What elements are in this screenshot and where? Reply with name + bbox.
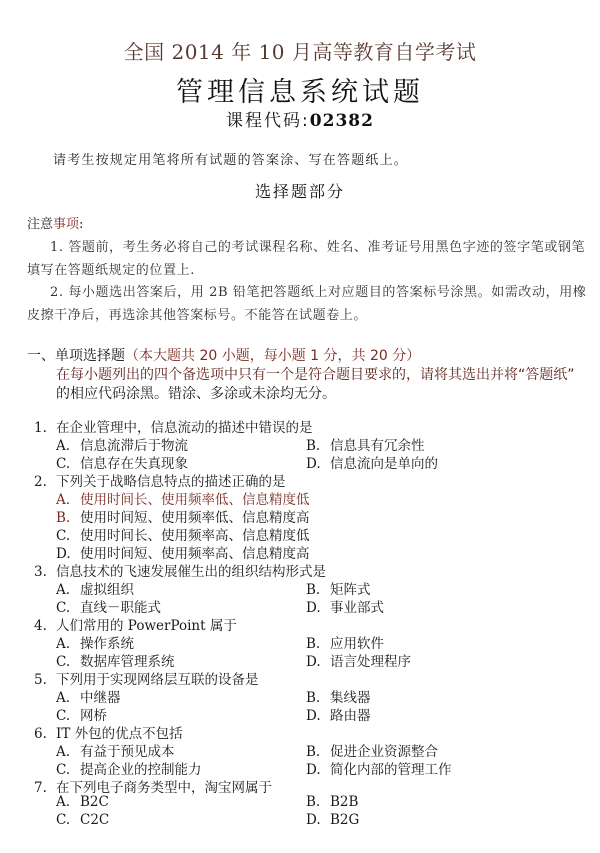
question-number: 2. <box>34 474 56 490</box>
question-1-option-d: D.信息流向是单向的 <box>306 452 438 472</box>
question-5-option-a: A.中继器 <box>56 686 121 706</box>
option-text: B2G <box>330 812 359 828</box>
option-letter: D. <box>306 708 330 724</box>
question-2-option-a: A.使用时间长、使用频率低、信息精度低 <box>56 488 310 508</box>
course-code-value: 02382 <box>310 111 374 131</box>
question-number: 3. <box>34 564 56 580</box>
question-4-option-d: D.语言处理程序 <box>306 650 411 670</box>
question-6-option-d: D.简化内部的管理工作 <box>306 758 452 778</box>
question-2-option-b: B.使用时间短、使用频率低、信息精度高 <box>56 506 310 526</box>
note-1-line-1: 1. 答题前，考生务必将自己的考试课程名称、姓名、准考证号用黑色字迹的签字笔或钢… <box>50 236 585 255</box>
notes-heading-part-a: 注意 <box>27 217 53 232</box>
question-5-option-c: C.网桥 <box>56 704 107 724</box>
question-7-option-d: D.B2G <box>306 812 359 828</box>
question-3-option-a: A.虚拟组织 <box>56 578 134 598</box>
option-text: B2B <box>330 794 358 810</box>
section-title: 选择题部分 <box>0 179 600 202</box>
question-6-option-c: C.提高企业的控制能力 <box>56 758 202 778</box>
notes-heading-part-c: : <box>79 217 83 232</box>
question-7-option-c: C.C2C <box>56 812 109 828</box>
notes-heading: 注意事项: <box>27 213 83 232</box>
question-number: 4. <box>34 618 56 634</box>
option-letter: C. <box>56 812 80 828</box>
course-code: 课程代码:02382 <box>0 106 600 131</box>
option-text: C2C <box>80 812 109 828</box>
course-code-label: 课程代码: <box>226 111 310 131</box>
notes-heading-part-b: 事项 <box>53 217 79 232</box>
question-1-option-a: A.信息流滞后于物流 <box>56 434 188 454</box>
question-2-option-c: C.使用时间长、使用频率高、信息精度低 <box>56 524 310 544</box>
answer-instruction: 请考生按规定用笔将所有试题的答案涂、写在答题纸上。 <box>53 149 408 168</box>
exam-header-title: 全国 2014 年 10 月高等教育自学考试 <box>0 36 600 65</box>
part-one-desc-line-2: 的相应代码涂黑。错涂、多涂或未涂均无分。 <box>56 383 336 403</box>
option-text: B2C <box>80 794 109 810</box>
question-1-stem: 1.在企业管理中，信息流动的描述中错误的是 <box>34 416 313 436</box>
question-3-option-b: B.矩阵式 <box>306 578 371 598</box>
paper-title: 管理信息系统试题 <box>0 70 600 109</box>
question-3-option-d: D.事业部式 <box>306 596 384 616</box>
question-7-stem: 7.在下列电子商务类型中，淘宝网属于 <box>34 776 272 796</box>
note-2-line-2: 皮擦干净后，再选涂其他答案标号。不能答在试题卷上。 <box>27 304 367 323</box>
question-4-stem: 4.人们常用的 PowerPoint 属于 <box>34 614 237 634</box>
question-6-option-b: B.促进企业资源整合 <box>306 740 438 760</box>
question-number: 1. <box>34 420 56 436</box>
option-letter: D. <box>306 654 330 670</box>
part-one-header: 一、单项选择题（本大题共 20 小题，每小题 1 分，共 20 分） <box>27 345 420 365</box>
option-letter: D. <box>306 600 330 616</box>
question-5-stem: 5.下列用于实现网络层互联的设备是 <box>34 668 259 688</box>
option-letter: D. <box>306 456 330 472</box>
question-1-option-b: B.信息具有冗余性 <box>306 434 425 454</box>
question-3-stem: 3.信息技术的飞速发展催生出的组织结构形式是 <box>34 560 326 580</box>
option-letter: B. <box>306 794 330 810</box>
question-2-option-d: D.使用时间短、使用频率高、信息精度高 <box>56 542 310 562</box>
part-one-desc-line-1: 在每小题列出的四个备选项中只有一个是符合题目要求的，请将其选出并将“答题纸” <box>56 364 575 384</box>
part-one-scoring: （本大题共 20 小题，每小题 1 分，共 20 分） <box>125 348 420 364</box>
question-6-option-a: A.有益于预见成本 <box>56 740 175 760</box>
question-4-option-b: B.应用软件 <box>306 632 384 652</box>
question-7-option-a: A.B2C <box>56 794 109 810</box>
option-letter: D. <box>306 762 330 778</box>
part-one-prefix: 一、单项选择题 <box>27 348 125 364</box>
question-2-stem: 2.下列关于战略信息特点的描述正确的是 <box>34 470 286 490</box>
question-7-option-b: B.B2B <box>306 794 358 810</box>
question-5-option-d: D.路由器 <box>306 704 371 724</box>
question-3-option-c: C.直线－职能式 <box>56 596 161 616</box>
option-text: 简化内部的管理工作 <box>330 762 452 778</box>
question-number: 7. <box>34 780 56 796</box>
question-number: 5. <box>34 672 56 688</box>
option-text: 事业部式 <box>330 600 384 616</box>
question-1-option-c: C.信息存在失真现象 <box>56 452 188 472</box>
question-5-option-b: B.集线器 <box>306 686 371 706</box>
option-letter: D. <box>306 812 330 828</box>
option-text: 语言处理程序 <box>330 654 411 670</box>
option-letter: A. <box>56 794 80 810</box>
note-2-line-1: 2. 每小题选出答案后，用 2B 铅笔把答题纸上对应题目的答案标号涂黑。如需改动… <box>50 281 586 300</box>
note-1-line-2: 填写在答题纸规定的位置上. <box>27 259 195 278</box>
option-text: 路由器 <box>330 708 371 724</box>
question-4-option-a: A.操作系统 <box>56 632 134 652</box>
question-4-option-c: C.数据库管理系统 <box>56 650 175 670</box>
question-6-stem: 6.IT 外包的优点不包括 <box>34 722 183 742</box>
question-number: 6. <box>34 726 56 742</box>
option-text: 信息流向是单向的 <box>330 456 438 472</box>
